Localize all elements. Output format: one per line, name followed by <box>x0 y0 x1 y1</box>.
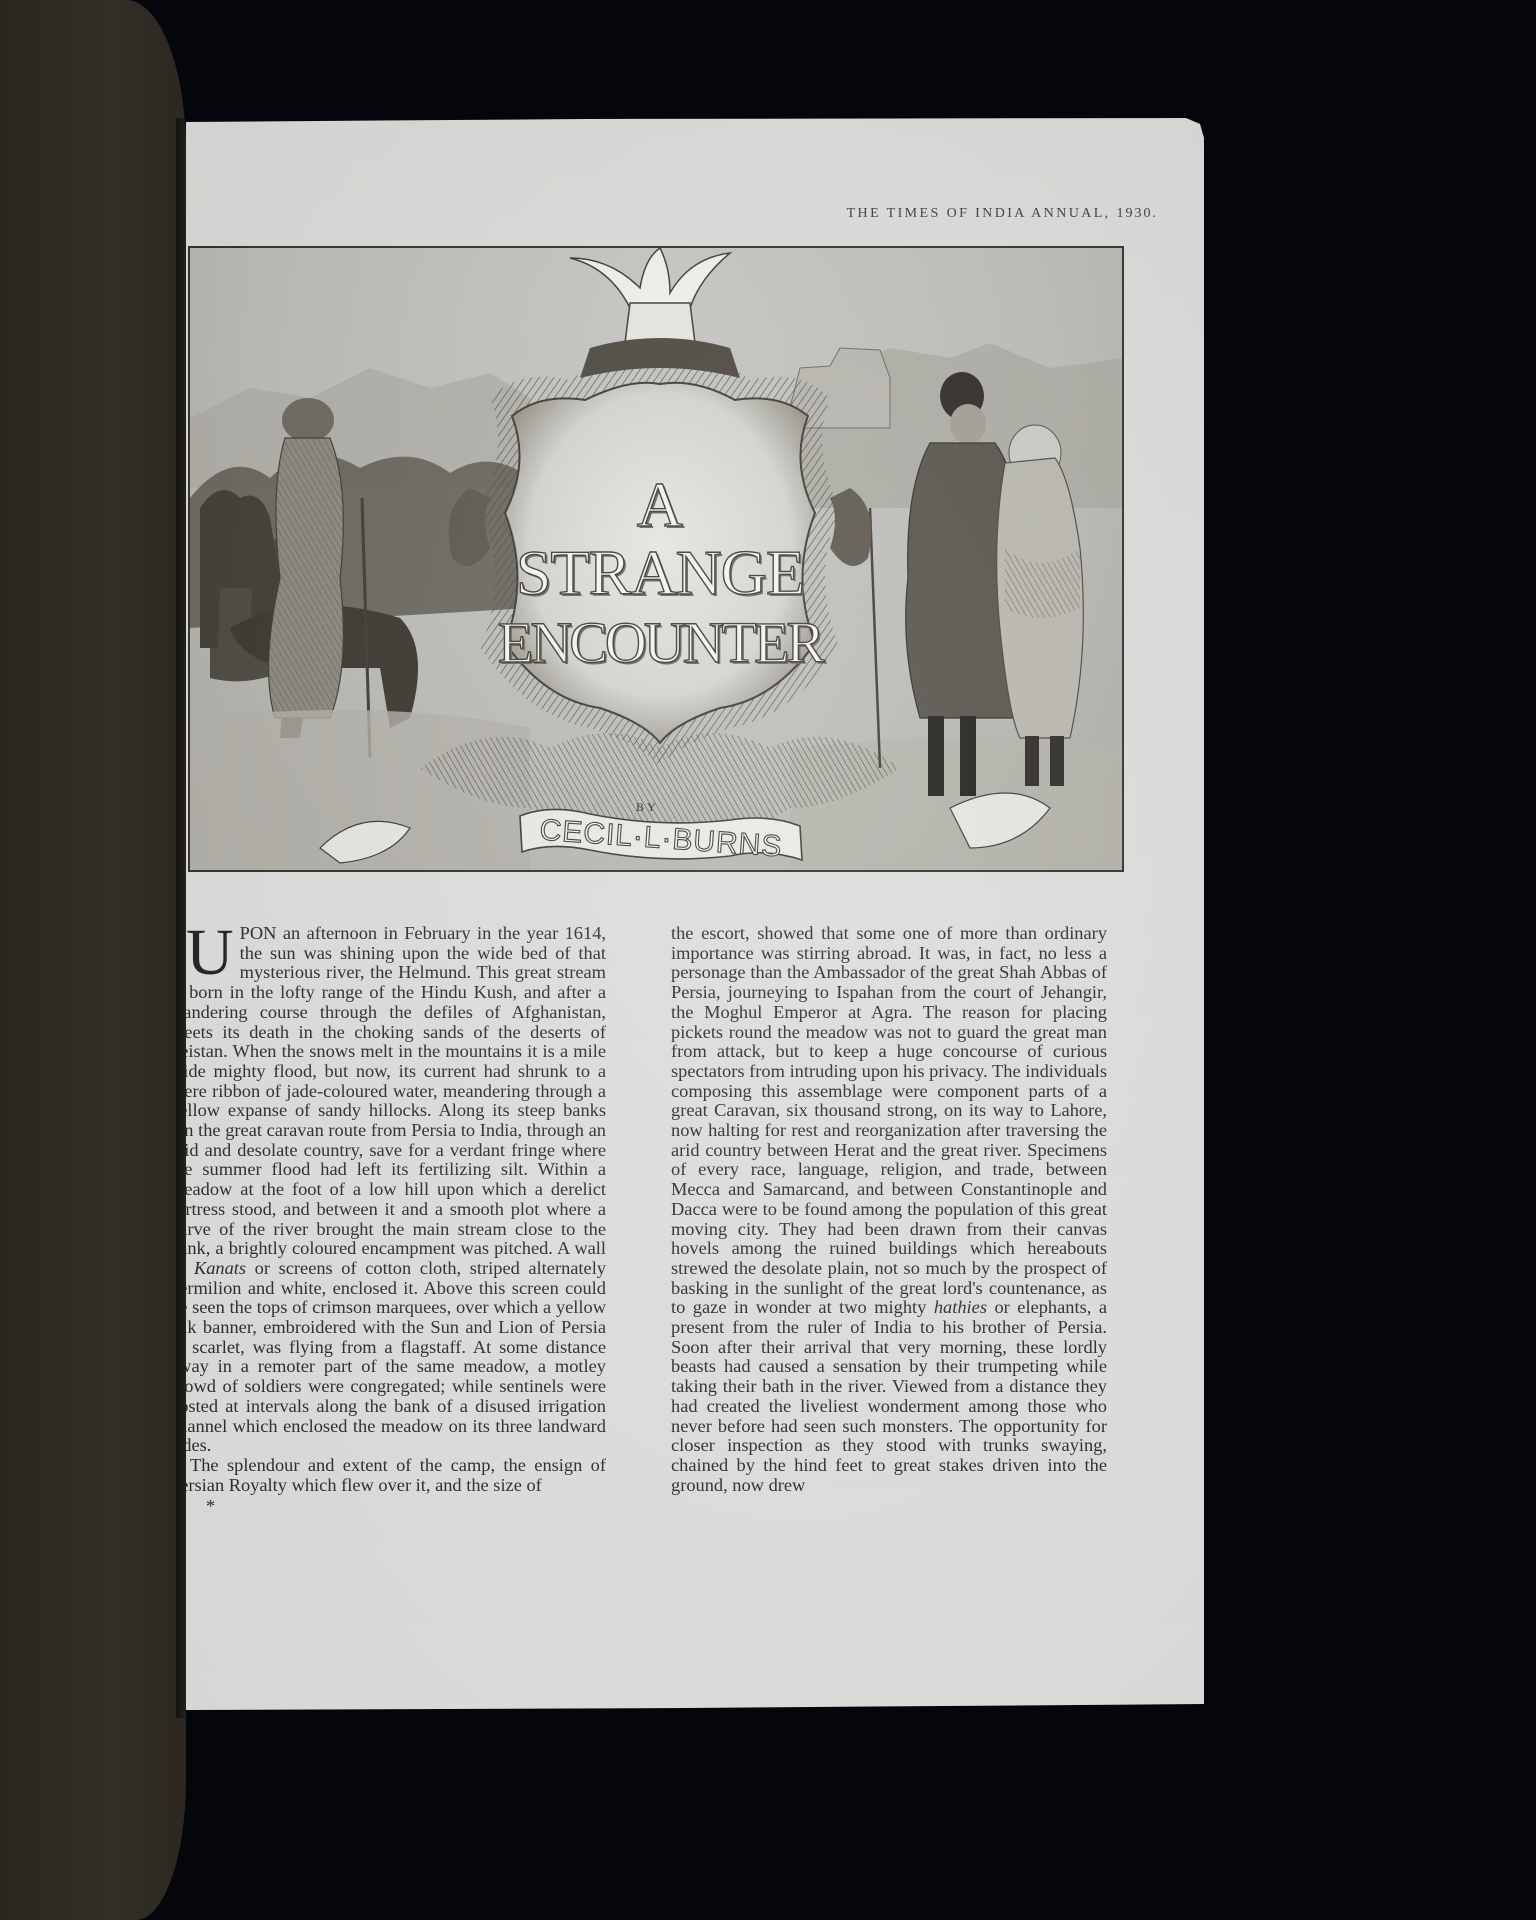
title-line-a: A <box>495 473 825 537</box>
paragraph: the escort, showed that some one of more… <box>671 924 1107 1495</box>
article-title: A STRANGE ENCOUNTER <box>495 473 825 677</box>
title-line-strange: STRANGE <box>495 537 825 609</box>
italic-term: Kanats <box>194 1258 246 1278</box>
magazine-page: The Times of India Annual, 1930. <box>186 118 1204 1710</box>
article-column-left: UPON an afternoon in February in the yea… <box>170 924 606 1517</box>
author-name: CECIL·L·BURNS <box>525 813 797 866</box>
byline-prefix: BY <box>636 800 659 815</box>
article-column-right: the escort, showed that some one of more… <box>671 924 1107 1495</box>
publication-title: The Times of India Annual, <box>847 206 1111 221</box>
byline-banner: BY CECIL·L·BURNS <box>526 810 796 858</box>
italic-term: hathies <box>934 1297 987 1317</box>
paragraph-text: or elephants, a present from the ruler o… <box>671 1297 1107 1494</box>
paragraph: The splendour and extent of the camp, th… <box>170 1456 606 1495</box>
running-head: The Times of India Annual, 1930. <box>847 206 1158 222</box>
book-cover-edge <box>0 0 186 1920</box>
footnote-mark: * <box>170 1497 606 1517</box>
title-illustration: A STRANGE ENCOUNTER BY CECIL·L·BURNS <box>188 246 1124 872</box>
paragraph-text: the escort, showed that some one of more… <box>671 923 1107 1317</box>
paragraph: UPON an afternoon in February in the yea… <box>170 924 606 1456</box>
paragraph-text: PON an afternoon in February in the year… <box>170 923 606 1278</box>
drop-cap: U <box>186 926 234 980</box>
publication-year: 1930. <box>1117 206 1159 221</box>
paragraph-text: or screens of cotton cloth, striped alte… <box>170 1258 606 1455</box>
title-line-encounter: ENCOUNTER <box>495 609 825 677</box>
